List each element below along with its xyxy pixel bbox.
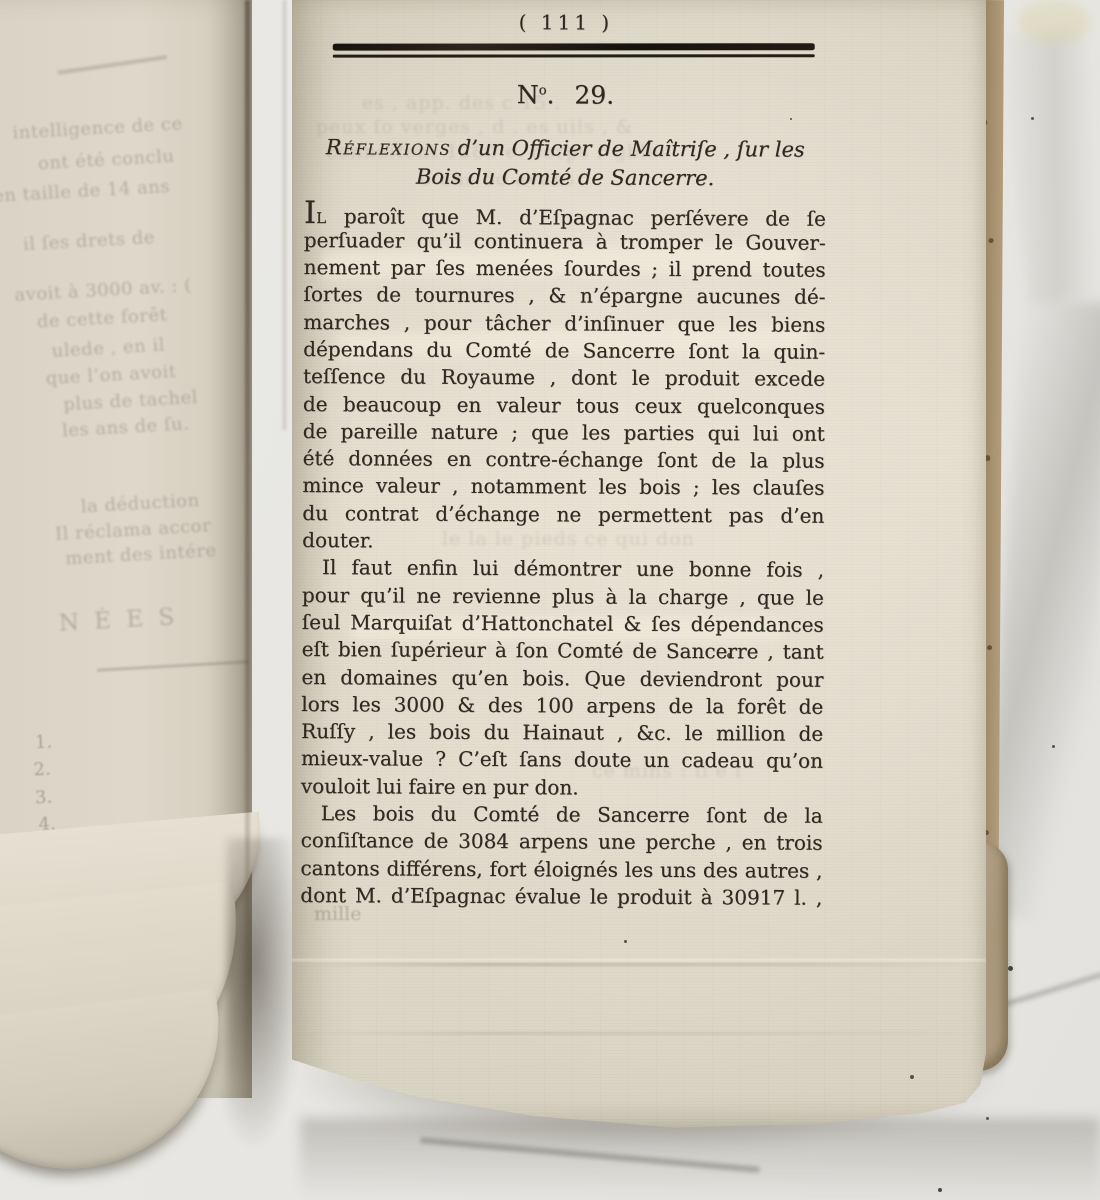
rule-thick <box>333 43 815 50</box>
right-page: es , app. des c 15 . peux ſo verges , d … <box>292 0 986 1132</box>
text-line: mieux-value ? C’eſt ſans doute un cadeau… <box>301 745 823 775</box>
left-page-showthrough-fragment: il ſes drets de <box>22 227 155 255</box>
paper-crease <box>292 1032 986 1035</box>
gutter-fold-line <box>245 0 250 1080</box>
paper-crease-highlight <box>292 959 986 961</box>
fore-edge-fleck <box>989 238 994 243</box>
text-line: conſiſtance de 3084 arpens une perche , … <box>301 827 823 857</box>
heading-line: Bois du Comté de Sancerre. <box>304 161 826 193</box>
lead-smallcap: L <box>316 209 327 227</box>
section-number-rest: . 29. <box>546 80 614 109</box>
section-heading: Réflexions d’un Officier de Maîtriſe , ſ… <box>304 132 826 193</box>
text-line: ſortes de tournures , & n’épargne aucune… <box>303 281 825 311</box>
text-line: en domaines qu’en bois. Que deviendront … <box>301 664 823 694</box>
text-line: perſuader qu’il continuera à tromper le … <box>304 227 826 257</box>
left-page-showthrough-fragment: ment des intére <box>65 540 217 569</box>
left-page-showthrough-fragment: N É E S <box>58 604 179 637</box>
paper-crease <box>292 963 986 966</box>
fabric-speck <box>1052 745 1055 748</box>
text-line: du contrat d’échange ne permettent pas d… <box>302 500 824 530</box>
left-page-margin-number: 3. <box>34 786 52 808</box>
fabric-wrinkle <box>1000 26 1100 304</box>
book-photograph: intelligence de ce ont été conclu en tai… <box>0 0 1100 1200</box>
page-number: ( 111 ) <box>305 9 827 36</box>
left-page-showthrough-rule <box>58 55 167 75</box>
text-line: Les bois du Comté de Sancerre ſont de la <box>301 800 823 830</box>
text-line: de pareille nature ; que les parties qui… <box>303 418 825 448</box>
heading-line: Réflexions d’un Officier de Maîtriſe , ſ… <box>304 132 826 164</box>
text-line: Il faut enfin lui démontrer une bonne fo… <box>302 554 824 584</box>
text-line: de beaucoup en valeur tous ceux quelconq… <box>303 391 825 421</box>
rule-thin <box>333 54 815 57</box>
left-page-showthrough-fragment: ont été conclu <box>37 146 175 175</box>
text-line: Ruſſy , les bois du Hainaut , &c. le mil… <box>301 718 823 748</box>
left-page-showthrough-fragment: que l’on avoit <box>45 361 177 389</box>
text-line: pour qu’il ne revienne plus à la charge … <box>302 582 824 612</box>
page-curl <box>0 988 235 1185</box>
text-line: dépendans du Comté de Sancerre ſont la q… <box>303 336 825 366</box>
left-page-showthrough-fragment: intelligence de ce <box>12 113 183 143</box>
heading-lead-word: Réflexions <box>326 135 452 160</box>
text-line: nement par ſes menées ſourdes ; il prend… <box>304 254 826 284</box>
left-page-showthrough-fragment: en taille de 14 ans <box>0 176 171 207</box>
text-line: ſeul Marquiſat d’Hattonchatel & ſes dépe… <box>302 609 824 639</box>
text-line: dont M. d’Eſpagnac évalue le produit à 3… <box>300 882 822 912</box>
text-line: IL paroît que M. d’Eſpagnac perſévere de… <box>304 199 826 229</box>
left-page-margin-number: 2. <box>33 759 51 781</box>
left-page-showthrough-fragment: Il réclama accor <box>55 515 212 545</box>
left-page-showthrough-fragment: les ans de ſu. <box>61 413 190 441</box>
left-page-margin-number: 1. <box>34 731 52 753</box>
lead-initial: I <box>304 194 316 230</box>
text-line: teſſence du Royaume , dont le produit ex… <box>303 363 825 393</box>
section-number-ordinal: o <box>539 83 547 98</box>
text-line: douter. <box>302 527 824 557</box>
header-double-rule <box>333 43 815 57</box>
fabric-speck <box>1008 966 1013 971</box>
left-page-showthrough-fragment: la déduction <box>80 490 200 518</box>
left-page-showthrough-fragment: ulede , en il <box>51 334 165 361</box>
body-text: IL paroît que M. d’Eſpagnac perſévere de… <box>300 199 826 911</box>
fabric-speck <box>910 1075 914 1079</box>
text-line: vouloit lui faire en pur don. <box>301 773 823 803</box>
left-page-showthrough-fragment: avoit à 3000 av. : ( <box>14 275 192 306</box>
section-number-letter: N <box>517 80 539 109</box>
text-line: été données en contre-échange ſont de la… <box>303 445 825 475</box>
left-page-showthrough-fragment: de cette forêt <box>36 304 167 332</box>
paper-speck <box>624 940 627 943</box>
heading-line1-rest: d’un Officier de Maîtriſe , ſur les <box>451 135 805 161</box>
text-line: eſt bien ſupérieur à ſon Comté de Sancer… <box>302 636 824 666</box>
fabric-speck <box>986 1117 989 1120</box>
section-number: No. 29. <box>304 78 826 110</box>
fabric-stain <box>1018 0 1090 44</box>
text-line: lors les 3000 & des 100 arpens de la for… <box>301 691 823 721</box>
fabric-speck <box>938 1188 942 1192</box>
text-line: cantons différens, fort éloignés les uns… <box>300 855 822 885</box>
text-line: mince valeur , notamment les bois ; les … <box>302 472 824 502</box>
text-line: marches , pour tâcher d’inſinuer que les… <box>303 309 825 339</box>
text-column: ( 111 ) No. 29. Réflexions d’un Officier… <box>300 0 827 912</box>
fore-edge-fleck <box>987 645 992 650</box>
lead-rest: paroît que M. d’Eſpagnac perſévere de ſe <box>327 204 826 231</box>
fabric-speck <box>1031 117 1034 120</box>
left-page-showthrough-rule <box>97 660 249 671</box>
gutter-fold-line <box>283 0 286 430</box>
left-page-showthrough-fragment: plus de tachel <box>63 387 199 415</box>
